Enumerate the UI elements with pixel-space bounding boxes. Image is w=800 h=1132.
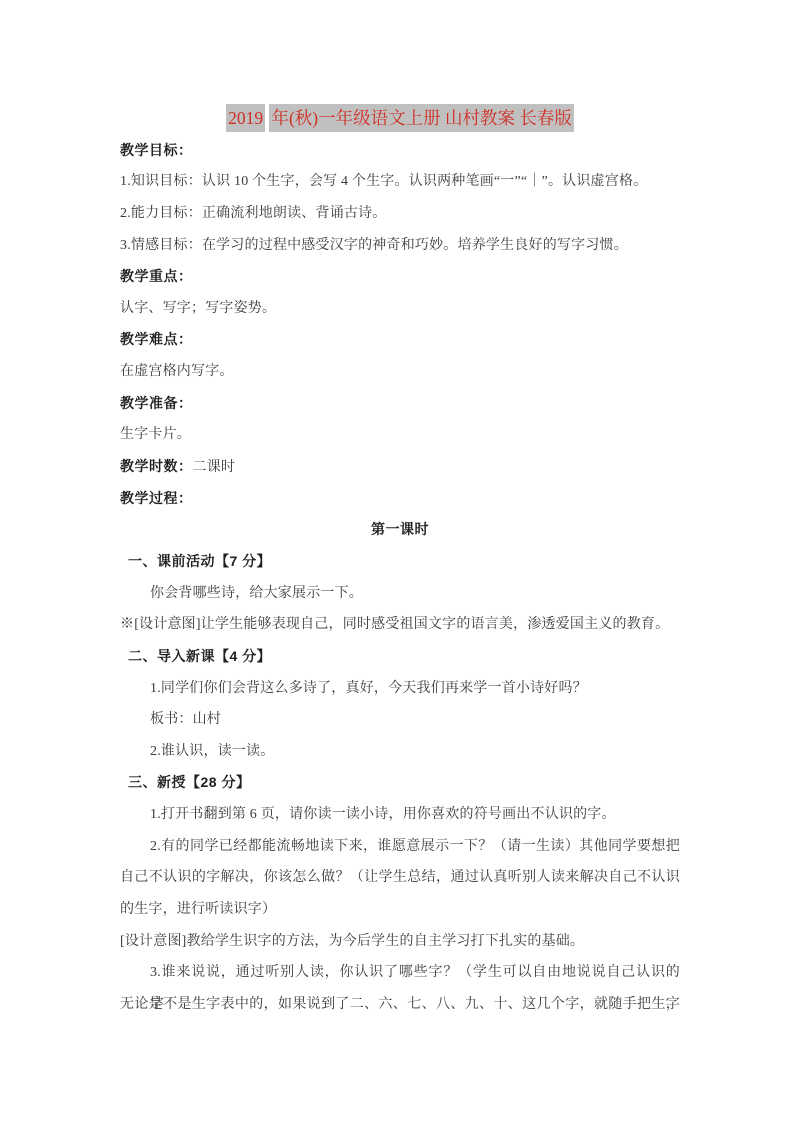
document-line: ※[设计意图]让学生能够表现自己，同时感受祖国文字的语言美，渗透爱国主义的教育。 <box>120 609 680 641</box>
document-line: 教学目标： <box>120 135 680 167</box>
line-heading-label: 教学难点： <box>120 331 193 347</box>
line-text: 你会背哪些诗，给大家展示一下。 <box>150 586 363 601</box>
document-content: 2019 年(秋)一年级语文上册 山村教案 长春版 教学目标：1.知识目标：认识… <box>120 103 680 1021</box>
document-line: 2.谁认识，读一读。 <box>120 736 680 768</box>
line-heading-label: 三、新授【28 分】 <box>128 774 250 790</box>
document-line: 你会背哪些诗，给大家展示一下。 <box>120 578 680 610</box>
document-line: 2.能力目标：正确流利地朗读、背诵古诗。 <box>120 198 680 230</box>
document-title: 2019 年(秋)一年级语文上册 山村教案 长春版 <box>120 103 680 135</box>
title-year-highlight: 2019 <box>226 104 265 132</box>
document-line: 板书：山村 <box>120 704 680 736</box>
document-line: 教学时数：二课时 <box>120 451 680 483</box>
line-text: 2.能力目标：正确流利地朗读、背诵古诗。 <box>120 206 387 221</box>
document-line: 教学准备： <box>120 388 680 420</box>
line-heading-label: 第一课时 <box>371 521 429 537</box>
document-line: 3.情感目标：在学习的过程中感受汉字的神奇和巧妙。培养学生良好的写字习惯。 <box>120 230 680 262</box>
line-text: 的生字，进行听读识字） <box>120 902 276 917</box>
document-line: 在虚宫格内写字。 <box>120 356 680 388</box>
line-text: 2.谁认识，读一读。 <box>150 744 275 759</box>
document-line: 1.知识目标：认识 10 个生字，会写 4 个生字。认识两种笔画“一”“｜”。认… <box>120 166 680 198</box>
document-line: 1.同学们你们会背这么多诗了，真好，今天我们再来学一首小诗好吗？ <box>120 673 680 705</box>
line-heading-label: 教学重点： <box>120 268 193 284</box>
line-heading-label: 教学目标： <box>120 142 193 158</box>
line-text: [设计意图]教给学生识字的方法，为今后学生的自主学习打下扎实的基础。 <box>120 934 584 949</box>
line-text: 二课时 <box>193 460 236 475</box>
document-line: 教学难点： <box>120 324 680 356</box>
line-heading-label: 教学准备： <box>120 395 193 411</box>
document-line: 认字、写字；写字姿势。 <box>120 293 680 325</box>
document-line: 3.谁来说说，通过听别人读，你认识了哪些字？（学生可以自由地说说自己认识的字， <box>120 957 680 989</box>
document-body-lines: 教学目标：1.知识目标：认识 10 个生字，会写 4 个生字。认识两种笔画“一”… <box>120 135 680 1021</box>
document-line: 二、导入新课【4 分】 <box>120 641 680 673</box>
document-line: 无论是不是生字表中的，如果说到了二、六、七、八、九、十、这几个字，就随手把生字 <box>120 989 680 1021</box>
document-line: 2.有的同学已经都能流畅地读下来，谁愿意展示一下？（请一生读）其他同学要想把 <box>120 831 680 863</box>
line-text: 认字、写字；写字姿势。 <box>120 301 276 316</box>
document-line: 第一课时 <box>120 514 680 546</box>
document-page: 2019 年(秋)一年级语文上册 山村教案 长春版 教学目标：1.知识目标：认识… <box>0 0 800 1132</box>
document-line: 一、课前活动【7 分】 <box>120 546 680 578</box>
document-line: 生字卡片。 <box>120 419 680 451</box>
line-heading-label: 教学时数： <box>120 458 193 474</box>
line-text: 1.打开书翻到第 6 页，请你读一读小诗，用你喜欢的符号画出不认识的字。 <box>150 807 616 822</box>
line-text: 1.同学们你们会背这么多诗了，真好，今天我们再来学一首小诗好吗？ <box>150 681 587 696</box>
line-heading-label: 一、课前活动【7 分】 <box>128 553 271 569</box>
line-text: 2.有的同学已经都能流畅地读下来，谁愿意展示一下？（请一生读）其他同学要想把 <box>150 839 680 854</box>
line-text: 在虚宫格内写字。 <box>120 364 234 379</box>
document-line: [设计意图]教给学生识字的方法，为今后学生的自主学习打下扎实的基础。 <box>120 926 680 958</box>
document-line: 的生字，进行听读识字） <box>120 894 680 926</box>
line-text: 自己不认识的字解决，你该怎么做？（让学生总结，通过认真听别人读来解决自己不认识 <box>120 870 680 885</box>
line-heading-label: 教学过程： <box>120 490 193 506</box>
line-text: 无论是不是生字表中的，如果说到了二、六、七、八、九、十、这几个字，就随手把生字 <box>120 997 680 1012</box>
document-line: 教学过程： <box>120 483 680 515</box>
line-text: 板书：山村 <box>150 712 221 727</box>
line-text: ※[设计意图]让学生能够表现自己，同时感受祖国文字的语言美，渗透爱国主义的教育。 <box>120 617 669 632</box>
document-line: 教学重点： <box>120 261 680 293</box>
line-text: 1.知识目标：认识 10 个生字，会写 4 个生字。认识两种笔画“一”“｜”。认… <box>120 174 647 189</box>
line-text: 生字卡片。 <box>120 427 191 442</box>
line-heading-label: 二、导入新课【4 分】 <box>128 648 271 664</box>
document-line: 三、新授【28 分】 <box>120 767 680 799</box>
document-line: 自己不认识的字解决，你该怎么做？（让学生总结，通过认真听别人读来解决自己不认识 <box>120 862 680 894</box>
line-text: 3.情感目标：在学习的过程中感受汉字的神奇和巧妙。培养学生良好的写字习惯。 <box>120 238 628 253</box>
document-line: 1.打开书翻到第 6 页，请你读一读小诗，用你喜欢的符号画出不认识的字。 <box>120 799 680 831</box>
title-main-highlight: 年(秋)一年级语文上册 山村教案 长春版 <box>269 104 573 132</box>
